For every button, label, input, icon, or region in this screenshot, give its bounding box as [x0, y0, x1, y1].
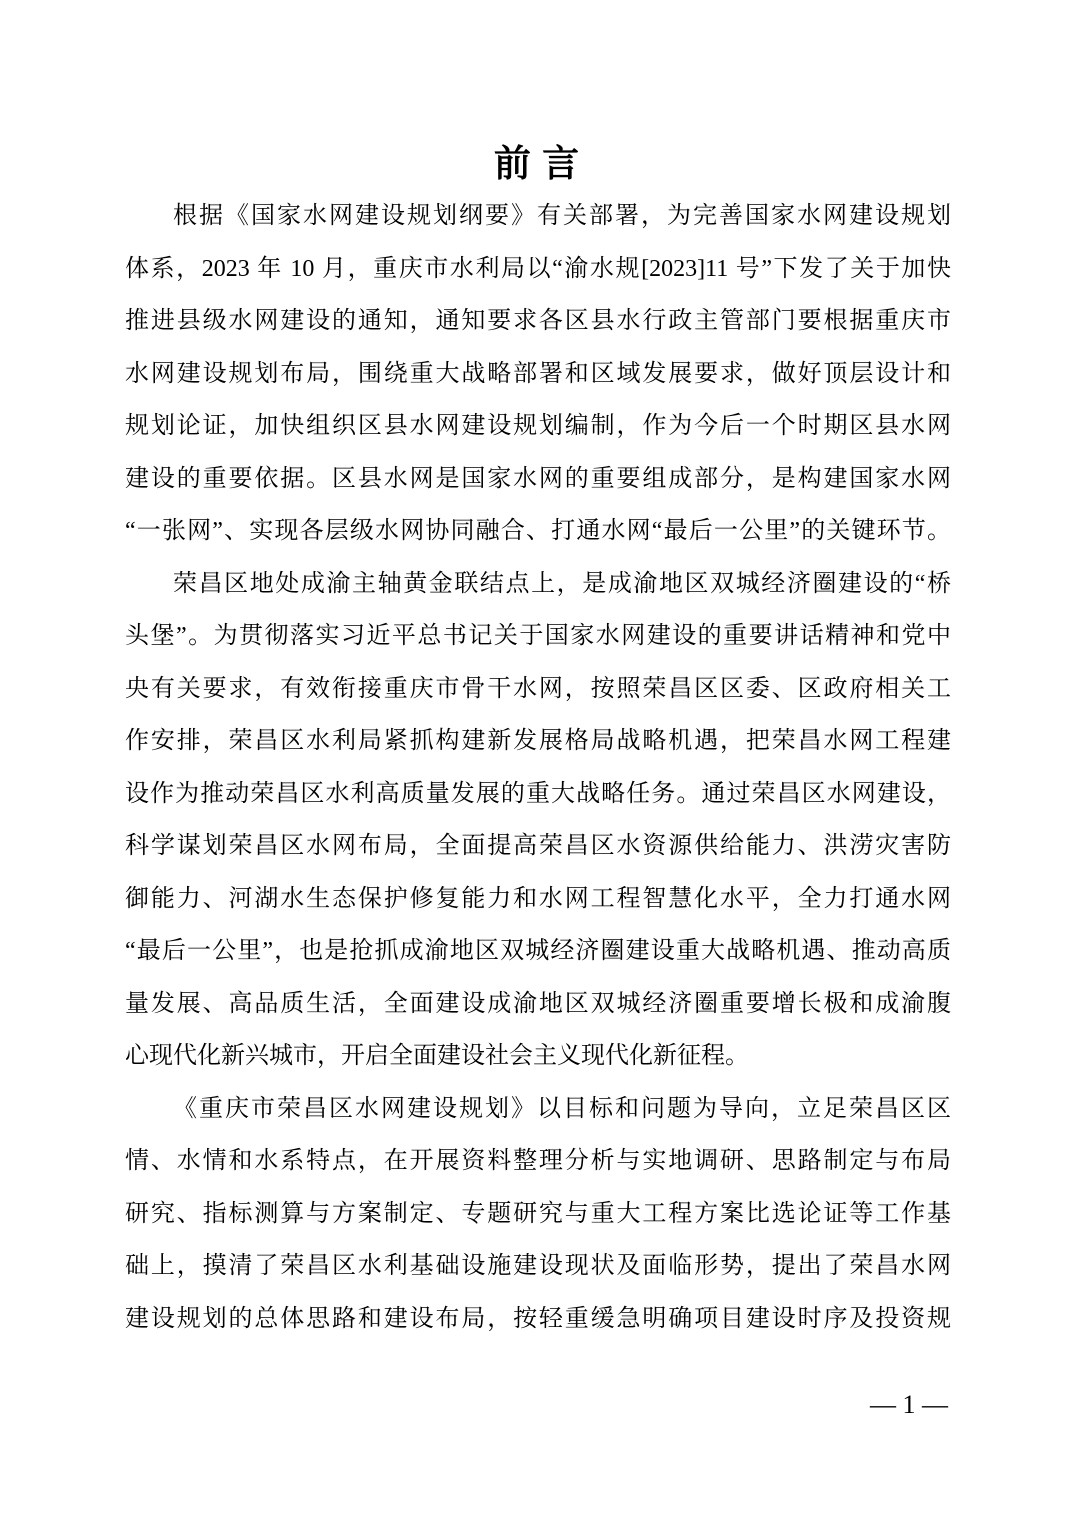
paragraph-line: 央有关要求，有效衔接重庆市骨干水网，按照荣昌区区委、区政府相关工: [125, 663, 951, 716]
paragraph-line: 研究、指标测算与方案制定、专题研究与重大工程方案比选论证等工作基: [125, 1188, 951, 1241]
paragraph-line: 建设规划的总体思路和建设布局，按轻重缓急明确项目建设时序及投资规: [125, 1293, 951, 1346]
paragraph-line: 体系，2023 年 10 月，重庆市水利局以“渝水规[2023]11 号”下发了…: [125, 243, 951, 296]
paragraph-line: 量发展、高品质生活，全面建设成渝地区双城经济圈重要增长极和成渝腹: [125, 978, 951, 1031]
paragraph-line: 情、水情和水系特点，在开展资料整理分析与实地调研、思路制定与布局: [125, 1135, 951, 1188]
paragraph-line: 作安排，荣昌区水利局紧抓构建新发展格局战略机遇，把荣昌水网工程建: [125, 715, 951, 768]
page-number: — 1 —: [870, 1388, 948, 1422]
paragraph-line: “一张网”、实现各层级水网协同融合、打通水网“最后一公里”的关键环节。: [125, 505, 951, 558]
paragraph-line: 础上，摸清了荣昌区水利基础设施建设现状及面临形势，提出了荣昌水网: [125, 1240, 951, 1293]
paragraph-line: “最后一公里”，也是抢抓成渝地区双城经济圈建设重大战略机遇、推动高质: [125, 925, 951, 978]
paragraph-line: 建设的重要依据。区县水网是国家水网的重要组成部分，是构建国家水网: [125, 453, 951, 506]
paragraph-line: 《重庆市荣昌区水网建设规划》以目标和问题为导向，立足荣昌区区: [125, 1083, 951, 1136]
paragraph-line: 推进县级水网建设的通知，通知要求各区县水行政主管部门要根据重庆市: [125, 295, 951, 348]
paragraph-line: 根据《国家水网建设规划纲要》有关部署，为完善国家水网建设规划: [125, 190, 951, 243]
paragraph-line: 心现代化新兴城市，开启全面建设社会主义现代化新征程。: [125, 1030, 951, 1083]
paragraph-line: 科学谋划荣昌区水网布局，全面提高荣昌区水资源供给能力、洪涝灾害防: [125, 820, 951, 873]
paragraph-line: 水网建设规划布局，围绕重大战略部署和区域发展要求，做好顶层设计和: [125, 348, 951, 401]
paragraph-line: 规划论证，加快组织区县水网建设规划编制，作为今后一个时期区县水网: [125, 400, 951, 453]
paragraph-line: 头堡”。为贯彻落实习近平总书记关于国家水网建设的重要讲话精神和党中: [125, 610, 951, 663]
paragraph-line: 设作为推动荣昌区水利高质量发展的重大战略任务。通过荣昌区水网建设，: [125, 768, 951, 821]
paragraph-2: 荣昌区地处成渝主轴黄金联结点上，是成渝地区双城经济圈建设的“桥 头堡”。为贯彻落…: [125, 558, 951, 1083]
body-text: 根据《国家水网建设规划纲要》有关部署，为完善国家水网建设规划 体系，2023 年…: [125, 190, 951, 1345]
paragraph-1: 根据《国家水网建设规划纲要》有关部署，为完善国家水网建设规划 体系，2023 年…: [125, 190, 951, 558]
paragraph-line: 荣昌区地处成渝主轴黄金联结点上，是成渝地区双城经济圈建设的“桥: [125, 558, 951, 611]
page-title: 前 言: [0, 133, 1074, 187]
paragraph-line: 御能力、河湖水生态保护修复能力和水网工程智慧化水平，全力打通水网: [125, 873, 951, 926]
paragraph-3: 《重庆市荣昌区水网建设规划》以目标和问题为导向，立足荣昌区区 情、水情和水系特点…: [125, 1083, 951, 1346]
document-page: 前 言 根据《国家水网建设规划纲要》有关部署，为完善国家水网建设规划 体系，20…: [0, 0, 1074, 1520]
